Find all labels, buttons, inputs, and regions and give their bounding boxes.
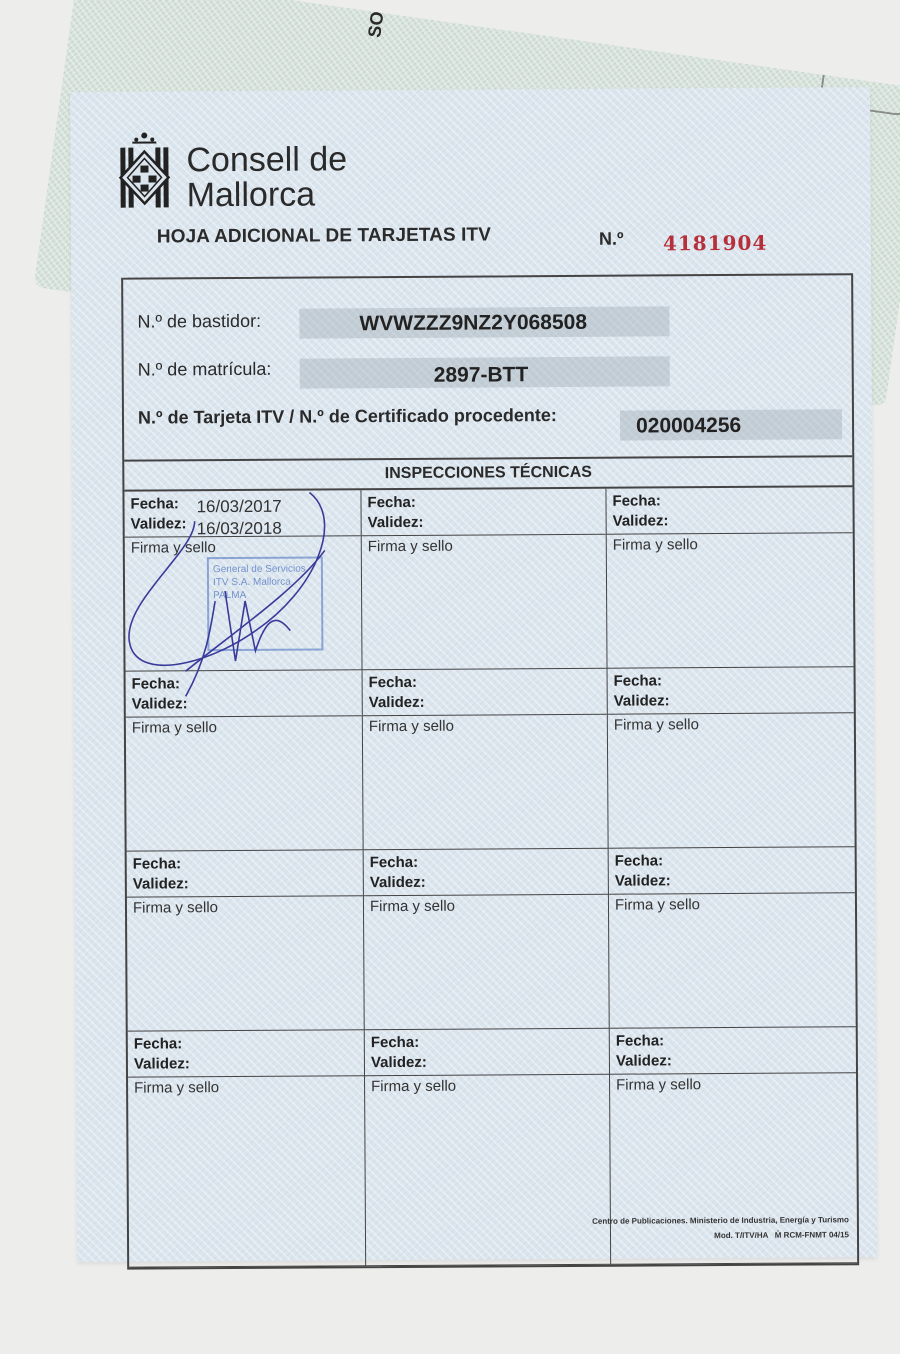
validez-value: 16/03/2018: [197, 519, 282, 540]
model-note: Mod. T/ITV/HA M̊ RCM-FNMT 04/15: [714, 1230, 849, 1240]
inspection-cell-header: Fecha: Validez:: [609, 847, 855, 895]
firma-label: Firma y sello: [362, 535, 606, 557]
firma-label: Firma y sello: [127, 896, 363, 918]
issuer-name: Consell de Mallorca: [186, 142, 347, 213]
issuer-line-1: Consell de: [186, 142, 347, 178]
tarjeta-label: N.º de Tarjeta ITV / N.º de Certificado …: [138, 405, 557, 429]
fecha-label: Fecha:: [614, 670, 848, 691]
inspection-cell-header: Fecha: Validez:: [365, 1029, 609, 1076]
firma-label: Firma y sello: [608, 713, 854, 736]
firma-label: Firma y sello: [126, 716, 362, 738]
firma-label: Firma y sello: [365, 1075, 609, 1097]
validez-label: Validez:: [132, 693, 356, 714]
inspection-cell: Fecha: Validez: Firma y sello: [610, 1027, 857, 1264]
inspection-cell-header: Fecha: Validez:: [608, 667, 854, 715]
inspection-cell: Fecha: Validez: Firma y sello: [127, 850, 365, 1031]
inspection-cell: Fecha: Validez: Firma y sello 16/03/2017…: [124, 490, 362, 671]
firma-label: Firma y sello: [363, 715, 607, 737]
background-doc-text: SO: [364, 10, 388, 39]
fecha-label: Fecha:: [134, 1033, 358, 1054]
fecha-label: Fecha:: [132, 673, 356, 694]
inspection-cell-header: Fecha: Validez:: [364, 849, 608, 896]
serial-number-label: N.º: [599, 229, 624, 250]
inspection-stamp: General de Servicios ITV S.A. Mallorca P…: [207, 556, 324, 651]
fnmt-mark-icon: M̊: [775, 1231, 782, 1240]
fecha-label: Fecha:: [612, 490, 846, 511]
validez-label: Validez:: [371, 1052, 603, 1073]
inspection-cell: Fecha: Validez: Firma y sello: [606, 487, 853, 668]
inspection-cell: Fecha: Validez: Firma y sello: [609, 847, 856, 1028]
serial-number: 4181904: [663, 231, 768, 256]
inspection-cell-header: Fecha: Validez:: [606, 487, 852, 535]
validez-label: Validez:: [614, 690, 848, 711]
tarjeta-value: 020004256: [636, 414, 741, 439]
inspection-cell: Fecha: Validez: Firma y sello: [608, 667, 855, 848]
fecha-label: Fecha:: [370, 852, 602, 873]
validez-label: Validez:: [613, 510, 847, 531]
validez-label: Validez:: [370, 872, 602, 893]
inspection-cell: Fecha: Validez: Firma y sello: [128, 1030, 366, 1267]
validez-label: Validez:: [368, 512, 600, 533]
matricula-label: N.º de matrícula:: [138, 359, 272, 381]
printer-code: RCM-FNMT 04/15: [784, 1230, 849, 1239]
validez-label: Validez:: [369, 692, 601, 713]
fecha-label: Fecha:: [615, 850, 849, 871]
fecha-label: Fecha:: [133, 853, 357, 874]
inspection-cell-header: Fecha: Validez:: [610, 1027, 856, 1075]
firma-label: Firma y sello: [125, 536, 361, 558]
inspection-cell-header: Fecha: Validez:: [361, 489, 605, 536]
form-title: HOJA ADICIONAL DE TARJETAS ITV: [157, 224, 491, 248]
inspections-grid: Fecha: Validez: Firma y sello 16/03/2017…: [124, 487, 857, 1267]
fecha-label: Fecha:: [369, 672, 601, 693]
form-frame: N.º de bastidor: WVWZZZ9NZ2Y068508 N.º d…: [121, 273, 859, 1269]
itv-additional-sheet: Consell de Mallorca HOJA ADICIONAL DE TA…: [70, 87, 877, 1262]
stamp-text: General de Servicios ITV S.A. Mallorca P…: [209, 558, 321, 606]
inspection-cell: Fecha: Validez: Firma y sello: [126, 670, 364, 851]
inspection-cell-header: Fecha: Validez:: [127, 850, 363, 897]
firma-label: Firma y sello: [610, 1073, 856, 1096]
mallorca-coat-of-arms-icon: [118, 131, 170, 211]
inspection-cell: Fecha: Validez: Firma y sello: [363, 669, 609, 850]
inspections-title: INSPECCIONES TÉCNICAS: [124, 457, 852, 491]
firma-label: Firma y sello: [364, 895, 608, 917]
inspection-cell-header: Fecha: Validez:: [128, 1030, 364, 1077]
matricula-value: 2897-BTT: [434, 363, 529, 388]
bastidor-label: N.º de bastidor:: [137, 311, 261, 333]
firma-label: Firma y sello: [607, 533, 853, 556]
firma-label: Firma y sello: [128, 1076, 364, 1098]
firma-label: Firma y sello: [609, 893, 855, 916]
inspection-cell: Fecha: Validez: Firma y sello: [364, 849, 610, 1030]
validez-label: Validez:: [134, 1053, 358, 1074]
issuer-line-2: Mallorca: [187, 177, 348, 213]
publisher-note: Centro de Publicaciones. Ministerio de I…: [592, 1215, 849, 1226]
validez-label: Validez:: [615, 870, 849, 891]
fecha-label: Fecha:: [371, 1032, 603, 1053]
model-code: Mod. T/ITV/HA: [714, 1231, 768, 1240]
inspection-cell: Fecha: Validez: Firma y sello: [361, 489, 607, 670]
fecha-label: Fecha:: [616, 1030, 850, 1051]
inspection-cell-header: Fecha: Validez:: [126, 670, 362, 717]
fecha-value: 16/03/2017: [196, 497, 281, 518]
fecha-label: Fecha:: [367, 492, 599, 513]
validez-label: Validez:: [616, 1050, 850, 1071]
inspection-cell: Fecha: Validez: Firma y sello: [365, 1029, 611, 1266]
vehicle-info-section: N.º de bastidor: WVWZZZ9NZ2Y068508 N.º d…: [123, 275, 852, 461]
bastidor-value: WVWZZZ9NZ2Y068508: [359, 311, 587, 336]
inspection-cell-header: Fecha: Validez:: [363, 669, 607, 716]
validez-label: Validez:: [133, 873, 357, 894]
